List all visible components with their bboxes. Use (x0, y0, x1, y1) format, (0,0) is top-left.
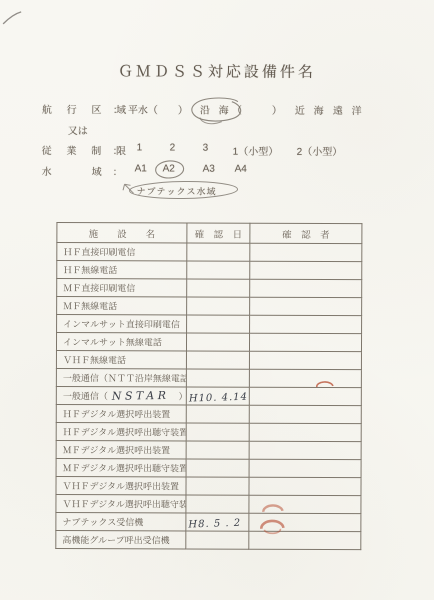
equipment-table-body: ＨＦ直接印刷電信 ＨＦ無線電話 ＭＦ直接印刷電信 ＭＦ無線電話 インマルサット直… (56, 243, 362, 550)
confirm-signer-cell (249, 531, 361, 549)
or-label: 又は (68, 122, 88, 137)
table-row: ＨＦデジタル選択呼出聴守装置 (56, 423, 361, 442)
table-row: ＭＦデジタル選択呼出聴守装置 (56, 459, 361, 478)
confirm-date-text: H10. 4.14 (189, 392, 248, 405)
table-row: ナブテックス受信機 H8. 5 . 2 (56, 513, 361, 532)
sea-colon: ： (113, 163, 123, 178)
or-row: 又は (0, 122, 434, 138)
sea-option-a1: A1 (135, 163, 147, 174)
option-engan-circled: 沿 海 (200, 102, 232, 117)
confirm-signer-cell (249, 495, 361, 513)
table-row: ＭＦ無線電話 (57, 297, 362, 316)
table-row: ＶＨＦ無線電話 (56, 351, 361, 370)
confirm-signer-cell (249, 387, 361, 405)
confirm-signer-cell (249, 423, 361, 441)
confirm-signer-cell (249, 513, 361, 531)
table-row: 一般通信（ＮＴＴ沿岸無線電話） (56, 369, 361, 388)
confirm-signer-cell (250, 297, 362, 315)
table-row: ＨＦ直接印刷電信 (57, 243, 362, 262)
work-option-1: 1 (137, 142, 143, 153)
table-header-row: 施 設 名 確 認 日 確 認 者 (57, 223, 362, 244)
facility-name-text: インマルサット直接印刷電信 (63, 319, 180, 329)
col-header-confirm-date: 確 認 日 (187, 223, 250, 243)
navtex-note-label: ナブテックス水域 (137, 184, 217, 197)
table-row: ＭＦデジタル選択呼出装置 (56, 441, 361, 460)
navtex-note-row: ナブテックス水域 (0, 184, 434, 200)
work-option-1-small: 1（小型） (233, 143, 279, 158)
facility-name-text: ＭＦ無線電話 (63, 301, 117, 311)
facility-name-text: ＭＦデジタル選択呼出聴守装置 (63, 463, 187, 473)
facility-name-text: ＶＨＦ無線電話 (63, 355, 126, 365)
voyage-colon: ： (113, 101, 123, 116)
confirm-signer-cell (249, 477, 361, 495)
confirm-date-text: H8. 5 . 2 (188, 518, 241, 531)
table-row: ＨＦデジタル選択呼出装置 (56, 405, 361, 424)
table-row: インマルサット無線電話 (56, 333, 361, 352)
table-row: ＶＨＦデジタル選択呼出聴守装置 (56, 495, 361, 514)
col-header-confirm-signer: 確 認 者 (250, 223, 362, 243)
sea-option-a2-circled: A2 (163, 163, 175, 174)
facility-name-text: ＨＦ無線電話 (63, 265, 117, 275)
facility-name-text: ナブテックス受信機 (62, 517, 143, 527)
sea-option-a4: A4 (235, 164, 247, 175)
confirm-signer-cell (249, 441, 361, 459)
confirm-signer-cell (249, 405, 361, 423)
sea-option-a3: A3 (203, 164, 215, 175)
table-row: ＶＨＦデジタル選択呼出装置 (56, 477, 361, 496)
confirm-signer-cell (249, 351, 361, 369)
option-kinkai: 近 海 (295, 102, 327, 117)
facility-name-text: ＨＦデジタル選択呼出装置 (63, 409, 171, 419)
voyage-area-row: 航 行 区 域 ： 平水（ ） 沿 海 （ ） 近 海 遠 洋 (0, 101, 434, 117)
facility-name-text: 一般通信（NSTAR） (63, 391, 187, 401)
confirm-signer-cell (249, 459, 361, 477)
facility-name-text: 一般通信（ＮＴＴ沿岸無線電話） (63, 373, 187, 383)
equipment-table: 施 設 名 確 認 日 確 認 者 ＨＦ直接印刷電信 ＨＦ無線電話 ＭＦ直接印刷… (55, 222, 362, 550)
sea-area-row: 水 域 ： A1 A2 A3 A4 (0, 163, 434, 179)
table-row: 一般通信（NSTAR） H10. 4.14 (56, 387, 361, 406)
facility-name-text: ＶＨＦデジタル選択呼出聴守装置 (62, 499, 186, 509)
facility-name-text: ＨＦ直接印刷電信 (63, 247, 135, 257)
option-heisui: 平水（ ） (128, 101, 188, 116)
facility-name-text: ＨＦデジタル選択呼出聴守装置 (63, 427, 187, 437)
sea-area-label: 水 域 (42, 163, 102, 178)
page-title: ＧＭＤＳＳ対応設備件名 (0, 60, 434, 83)
confirm-signer-cell (250, 279, 362, 297)
work-colon: ： (113, 142, 123, 157)
scanned-form-page: ＧＭＤＳＳ対応設備件名 航 行 区 域 ： 平水（ ） 沿 海 （ ） 近 海 … (0, 0, 434, 600)
facility-name-text: ＭＦ直接印刷電信 (63, 283, 135, 293)
paper-sheet: ＧＭＤＳＳ対応設備件名 航 行 区 域 ： 平水（ ） 沿 海 （ ） 近 海 … (0, 0, 434, 600)
facility-name-text: 高機能グループ呼出受信機 (62, 535, 169, 545)
facility-name-text: ＭＦデジタル選択呼出装置 (63, 445, 171, 455)
confirm-signer-cell (249, 369, 361, 387)
table-row: ＭＦ直接印刷電信 (57, 279, 362, 298)
work-limit-row: 従 業 制 限 ： 1 2 3 1（小型） 2（小型） (0, 142, 434, 158)
option-engan-paren: （ ） (232, 102, 282, 117)
confirm-signer-cell (250, 315, 362, 333)
confirm-signer-cell (249, 333, 361, 351)
facility-name-text: インマルサット無線電話 (63, 337, 162, 347)
facility-name-text: ＶＨＦデジタル選択呼出装置 (62, 481, 179, 491)
table-row: ＨＦ無線電話 (57, 261, 362, 280)
option-enyo: 遠 洋 (333, 102, 365, 117)
pen-mark (3, 12, 21, 24)
confirm-signer-cell (250, 243, 362, 261)
work-option-2-small: 2（小型） (297, 143, 343, 158)
confirm-signer-cell (250, 261, 362, 279)
work-option-3: 3 (203, 143, 209, 154)
table-row: インマルサット直接印刷電信 (57, 315, 362, 334)
work-option-2: 2 (170, 142, 176, 153)
col-header-facility: 施 設 名 (57, 223, 187, 243)
table-row: 高機能グループ呼出受信機 (56, 531, 361, 550)
